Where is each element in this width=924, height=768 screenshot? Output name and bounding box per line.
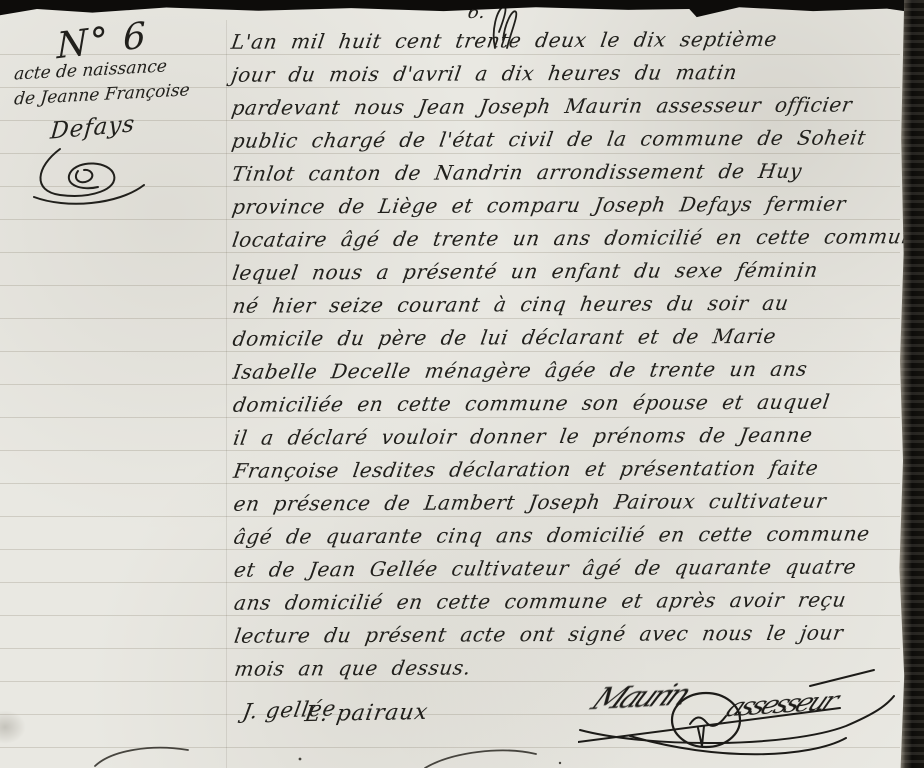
act-line: domiciliée en cette commune son épouse e… xyxy=(231,385,901,422)
act-line: il a déclaré vouloir donner le prénoms d… xyxy=(231,418,901,455)
act-line: né hier seize courant à cinq heures du s… xyxy=(230,286,900,323)
act-line: ans domicilié en cette commune et après … xyxy=(232,583,902,620)
act-line: public chargé de l'état civil de la comm… xyxy=(229,121,899,158)
act-line: pardevant nous Jean Joseph Maurin assess… xyxy=(229,88,899,125)
act-body: L'an mil huit cent trente deux le dix se… xyxy=(231,22,899,685)
act-line: locataire âgé de trente un ans domicilié… xyxy=(230,220,900,257)
act-line: jour du mois d'avril a dix heures du mat… xyxy=(229,55,899,92)
act-line: L'an mil huit cent trente deux le dix se… xyxy=(229,22,899,59)
act-line: âgé de quarante cinq ans domicilié en ce… xyxy=(231,517,901,554)
act-line: et de Jean Gellée cultivateur âgé de qua… xyxy=(232,550,902,587)
act-line: Tinlot canton de Nandrin arrondissement … xyxy=(230,154,900,191)
register-page: N° 6 acte de naissance de Jeanne Françoi… xyxy=(0,0,924,768)
act-line: lequel nous a présenté un enfant du sexe… xyxy=(230,253,900,290)
margin-paraph-flourish-icon xyxy=(26,133,156,205)
act-line: Françoise lesdites déclaration et présen… xyxy=(231,451,901,488)
ink-smudge xyxy=(0,710,26,744)
witness-signature-pairaux: L. pairaux xyxy=(303,700,430,727)
act-line: domicile du père de lui déclarant et de … xyxy=(230,319,900,356)
margin-crease xyxy=(226,20,227,768)
act-line: lecture du présent acte ont signé avec n… xyxy=(232,616,902,653)
margin-annotation: N° 6 acte de naissance de Jeanne Françoi… xyxy=(8,16,224,205)
act-line: Isabelle Decelle ménagère âgée de trente… xyxy=(231,352,901,389)
act-line: province de Liège et comparu Joseph Defa… xyxy=(230,187,900,224)
next-entry-fragment-icon xyxy=(0,742,924,768)
act-line: en présence de Lambert Joseph Pairoux cu… xyxy=(231,484,901,521)
